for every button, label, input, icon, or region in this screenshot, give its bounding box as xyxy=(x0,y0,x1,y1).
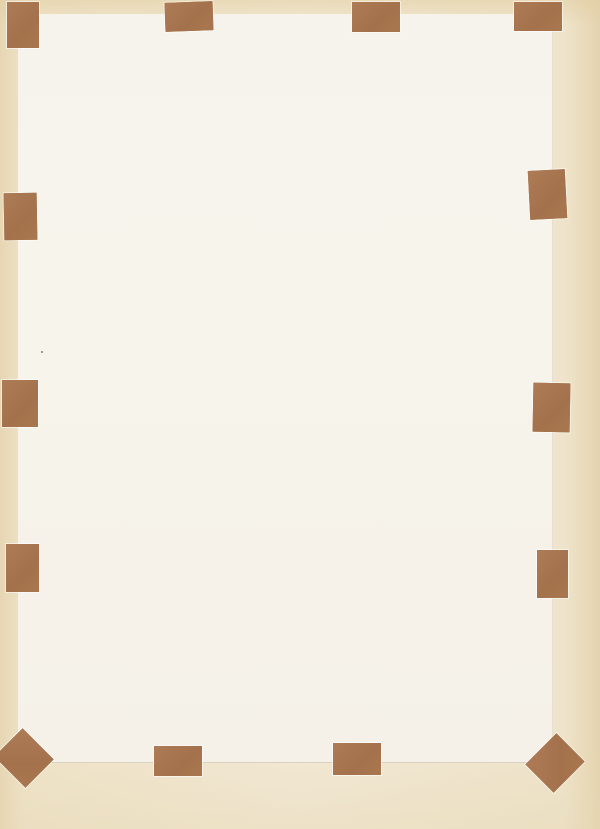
tape-left-4 xyxy=(6,544,39,592)
tape-top-4 xyxy=(514,2,562,31)
blank-paper-sheet xyxy=(18,14,552,762)
backing-board xyxy=(0,0,600,829)
tape-right-2 xyxy=(533,383,571,433)
tape-right-3 xyxy=(537,550,568,598)
tape-top-1 xyxy=(7,2,39,48)
tape-bottom-2 xyxy=(154,746,202,776)
tape-right-1 xyxy=(528,169,568,220)
tape-left-2 xyxy=(4,193,38,241)
tape-top-3 xyxy=(352,2,400,32)
tape-top-2 xyxy=(165,1,214,32)
paper-speck xyxy=(41,351,43,353)
tape-left-3 xyxy=(2,380,38,427)
tape-bottom-3 xyxy=(333,743,381,775)
